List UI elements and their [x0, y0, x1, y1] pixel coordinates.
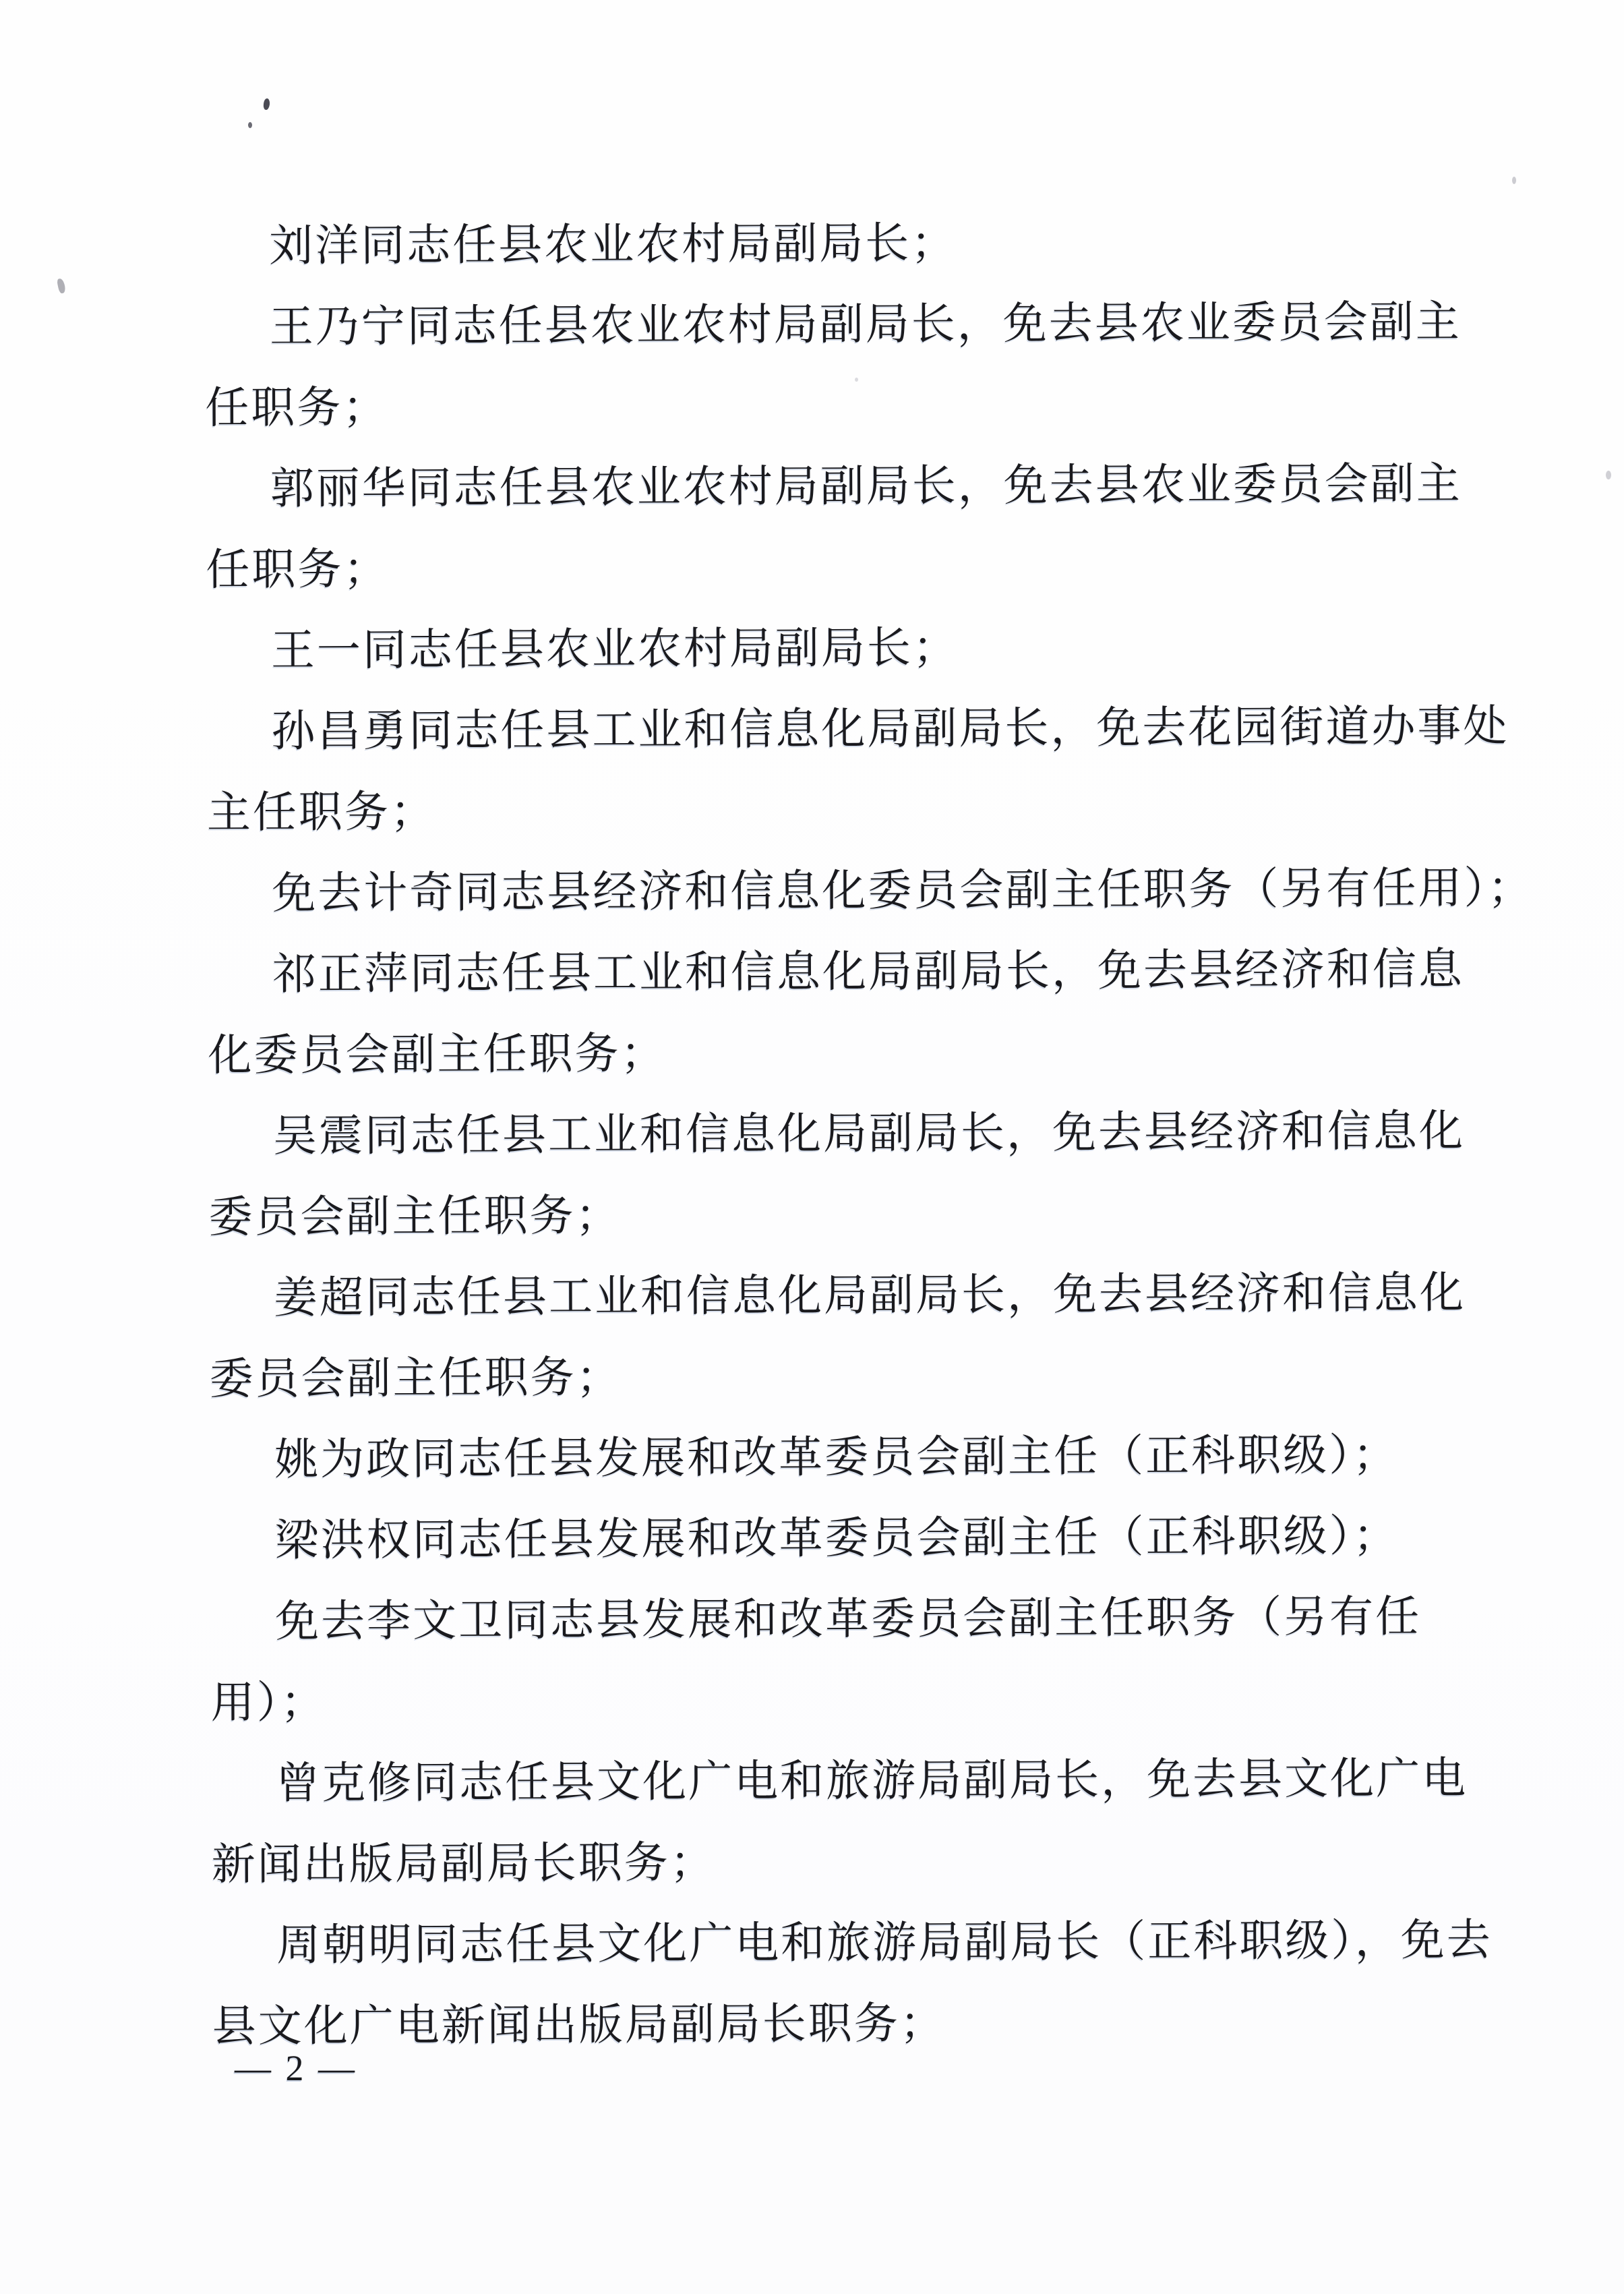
scanned-document-page: 刘洋同志任县农业农村局副局长； 王乃宁同志任县农业农村局副局长，免去县农业委员会…	[0, 0, 1624, 2294]
scan-speck	[263, 98, 270, 110]
text-line: 王一同志任县农业农村局副局长；	[206, 606, 1447, 692]
scan-speck	[1512, 177, 1516, 184]
text-line: 免去李文卫同志县发展和改革委员会副主任职务（另有任	[210, 1577, 1451, 1663]
text-line: 主任职务；	[207, 767, 1448, 854]
text-line: 吴震同志任县工业和信息化局副局长，免去县经济和信息化	[208, 1091, 1449, 1177]
text-line: 化委员会副主任职务；	[208, 1010, 1449, 1096]
text-line: 祁正萍同志任县工业和信息化局副局长，免去县经济和信息	[208, 929, 1449, 1016]
scan-speck	[248, 122, 252, 128]
text-line: 梁洪权同志任县发展和改革委员会副主任（正科职级）；	[210, 1496, 1451, 1582]
text-line: 免去计奇同志县经济和信息化委员会副主任职务（另有任用）；	[207, 848, 1448, 935]
text-line: 孙昌勇同志任县工业和信息化局副局长，免去花园街道办事处	[206, 686, 1447, 773]
text-line: 周朝明同志任县文化广电和旅游局副局长（正科职级），免去	[212, 1900, 1453, 1987]
document-body: 刘洋同志任县农业农村局副局长； 王乃宁同志任县农业农村局副局长，免去县农业委员会…	[204, 201, 1453, 2067]
text-line: 郭丽华同志任县农业农村局副局长，免去县农业委员会副主	[206, 444, 1447, 530]
scan-speck	[1606, 471, 1611, 479]
page-number: — 2 —	[235, 2047, 357, 2089]
text-line: 任职务；	[206, 525, 1447, 611]
scan-speck	[57, 278, 66, 294]
text-line: 王乃宁同志任县农业农村局副局长，免去县农业委员会副主	[205, 282, 1446, 368]
text-line: 姜超同志任县工业和信息化局副局长，免去县经济和信息化	[209, 1253, 1450, 1339]
text-line: 刘洋同志任县农业农村局副局长；	[204, 201, 1445, 287]
text-line: 委员会副主任职务；	[208, 1172, 1449, 1258]
text-line: 新闻出版局副局长职务；	[211, 1819, 1452, 1906]
text-line: 曾克修同志任县文化广电和旅游局副局长，免去县文化广电	[211, 1738, 1452, 1825]
text-line: 用）；	[210, 1657, 1451, 1744]
text-line: 姚为政同志任县发展和改革委员会副主任（正科职级）；	[210, 1415, 1451, 1501]
text-line: 委员会副主任职务；	[209, 1334, 1450, 1420]
text-line: 任职务；	[205, 363, 1446, 449]
text-line: 县文化广电新闻出版局副局长职务；	[212, 1981, 1453, 2067]
